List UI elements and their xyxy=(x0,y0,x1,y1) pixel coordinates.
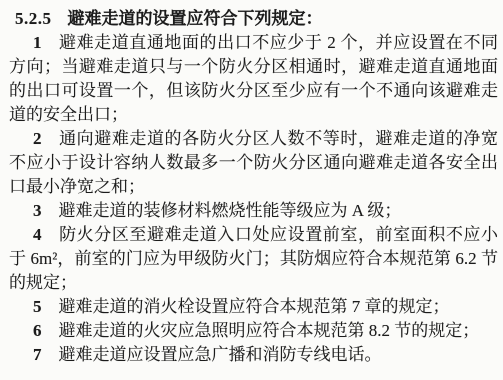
item-text: 防火分区至避难走道入口处应设置前室，前室面积不应小于 6m²，前室的门应为甲级防… xyxy=(9,225,498,292)
clause-item-6: 6避难走道的火灾应急照明应符合本规范第 8.2 节的规定； xyxy=(9,319,498,343)
clause-number: 5.2.5 xyxy=(15,9,52,28)
clause-item-4: 4防火分区至避难走道入口处应设置前室，前室面积不应小于 6m²，前室的门应为甲级… xyxy=(9,223,498,295)
item-text: 避难走道的装修材料燃烧性能等级应为 A 级； xyxy=(59,201,402,220)
clause-item-7: 7避难走道应设置应急广播和消防专线电话。 xyxy=(9,343,498,367)
scanned-code-page: 5.2.5避难走道的设置应符合下列规定： 1避难走道直通地面的出口不应少于 2 … xyxy=(0,0,503,380)
item-text: 通向避难走道的各防火分区人数不等时，避难走道的净宽不应小于设计容纳人数最多一个防… xyxy=(9,129,498,196)
item-text: 避难走道的消火栓设置应符合本规范第 7 章的规定； xyxy=(59,297,450,316)
item-text: 避难走道直通地面的出口不应少于 2 个，并应设置在不同方向；当避难走道只与一个防… xyxy=(9,33,498,124)
clause-item-2: 2通向避难走道的各防火分区人数不等时，避难走道的净宽不应小于设计容纳人数最多一个… xyxy=(9,127,498,199)
item-number: 5 xyxy=(33,297,42,316)
item-text: 避难走道的火灾应急照明应符合本规范第 8.2 节的规定； xyxy=(59,321,480,340)
item-text: 避难走道应设置应急广播和消防专线电话。 xyxy=(59,345,382,364)
clause-item-1: 1避难走道直通地面的出口不应少于 2 个，并应设置在不同方向；当避难走道只与一个… xyxy=(9,31,498,127)
item-number: 6 xyxy=(33,321,42,340)
clause-title: 避难走道的设置应符合下列规定： xyxy=(68,9,323,28)
item-number: 1 xyxy=(33,33,42,52)
item-number: 3 xyxy=(33,201,42,220)
clause-heading: 5.2.5避难走道的设置应符合下列规定： xyxy=(9,7,498,31)
clause-item-3: 3避难走道的装修材料燃烧性能等级应为 A 级； xyxy=(9,199,498,223)
item-number: 2 xyxy=(33,129,42,148)
item-number: 7 xyxy=(33,345,42,364)
item-number: 4 xyxy=(33,225,42,244)
clause-item-5: 5避难走道的消火栓设置应符合本规范第 7 章的规定； xyxy=(9,295,498,319)
